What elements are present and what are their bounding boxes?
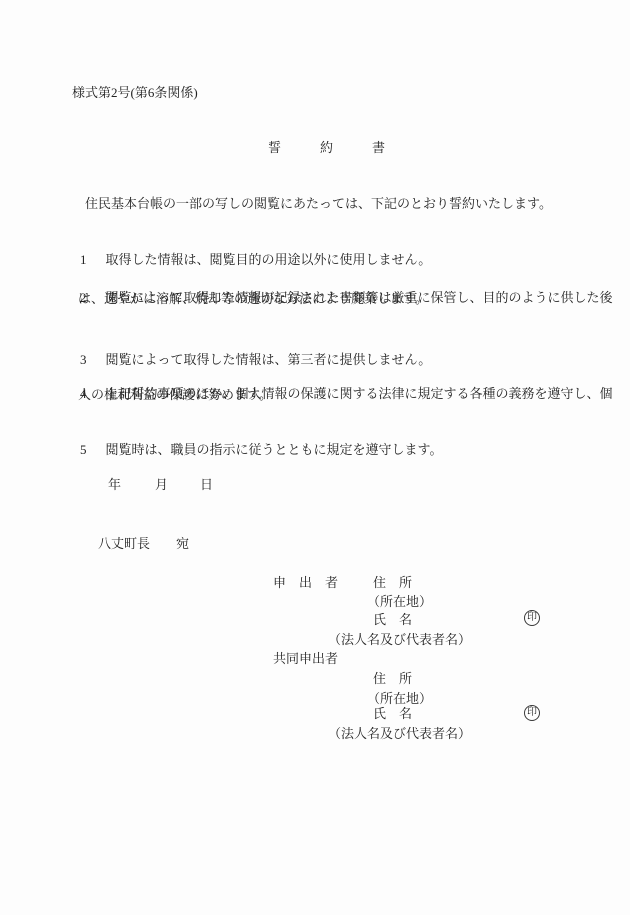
- pledge-item-3: 3閲覧によって取得した情報は、第三者に提供しません。: [67, 330, 431, 350]
- pledge-item-5: 5閲覧時は、職員の指示に従うとともに規定を遵守します。: [67, 420, 442, 440]
- co-applicant-label: 共同申出者: [273, 649, 338, 669]
- co-applicant-name-label: 氏 名: [373, 704, 412, 724]
- intro-text: 住民基本台帳の一部の写しの閲覧にあたっては、下記のとおり誓約いたします。: [85, 194, 552, 214]
- co-applicant-seal-mark-icon: 印: [524, 705, 540, 721]
- item-text: 閲覧時は、職員の指示に従うとともに規定を遵守します。: [106, 442, 443, 457]
- pledge-item-4-continuation: 人の権利利益の保護に努めます。: [78, 385, 272, 405]
- pledge-item-2-continuation: は、速やかに溶解、焼却等の適切な方法により廃棄します。: [78, 289, 428, 309]
- date-day-label: 日: [200, 475, 213, 495]
- document-title: 誓 約 書: [268, 138, 385, 158]
- pledge-item-1: 1取得した情報は、閲覧目的の用途以外に使用しません。: [67, 230, 431, 250]
- applicant-seal-mark-icon: 印: [524, 610, 540, 626]
- applicant-corporate-label: （法人名及び代表者名）: [328, 630, 471, 650]
- pledge-item-2: 2閲覧によって取得した情報が記録された書類等は厳重に保管し、目的のように供した後: [67, 268, 613, 288]
- date-year-label: 年: [108, 475, 121, 495]
- co-applicant-corporate-label: （法人名及び代表者名）: [328, 724, 471, 744]
- applicant-name-label: 氏 名: [373, 610, 412, 630]
- item-number: 1: [80, 250, 87, 270]
- applicant-location-label: （所在地）: [367, 592, 432, 612]
- addressee: 八丈町長 宛: [98, 534, 189, 554]
- item-number: 5: [80, 440, 87, 460]
- form-number: 様式第2号(第6条関係): [72, 83, 198, 103]
- pledge-form-page: 様式第2号(第6条関係) 誓 約 書 住民基本台帳の一部の写しの閲覧にあたっては…: [0, 0, 630, 915]
- co-applicant-address-label: 住 所: [373, 669, 412, 689]
- applicant-address-label: 住 所: [373, 573, 412, 593]
- item-text: 取得した情報は、閲覧目的の用途以外に使用しません。: [106, 252, 432, 267]
- date-month-label: 月: [155, 475, 168, 495]
- pledge-item-4: 4上記誓約事項のほか、個人情報の保護に関する法律に規定する各種の義務を遵守し、個: [67, 364, 613, 384]
- applicant-label: 申 出 者: [273, 573, 338, 593]
